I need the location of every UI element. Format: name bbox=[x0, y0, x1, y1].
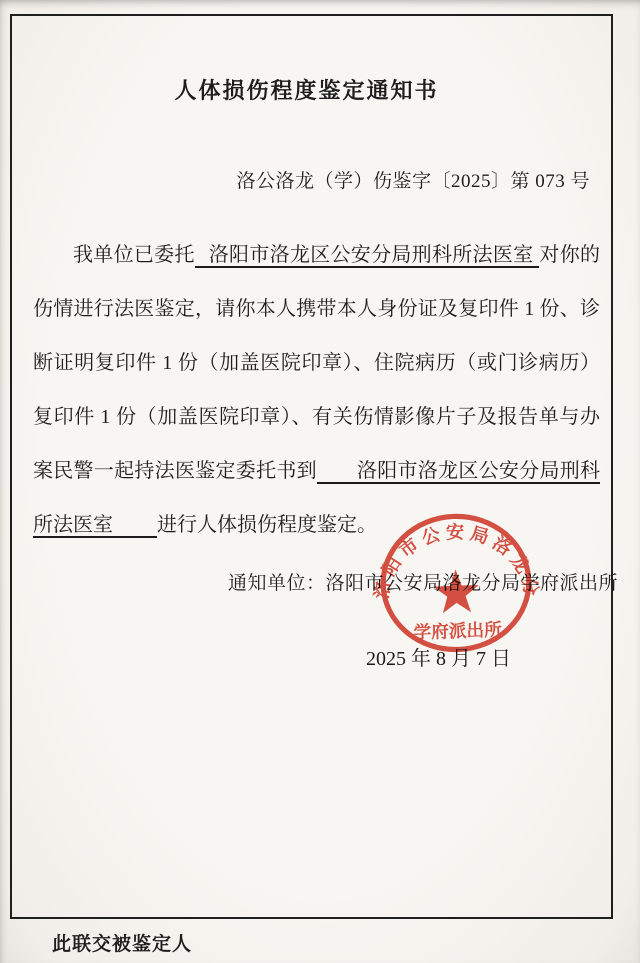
scanned-document-page: 人体损伤程度鉴定通知书 洛公洛龙（学）伤鉴字〔2025〕第 073 号 我单位已… bbox=[0, 0, 640, 963]
seal-bottom-text: 学府派出所 bbox=[413, 618, 502, 642]
notify-unit-label: 通知单位： bbox=[228, 573, 326, 594]
official-seal-stamp-icon: 洛阳市公安局洛龙分局 学府派出所 bbox=[369, 503, 542, 665]
body-intro-text: 我单位已委托 bbox=[73, 244, 195, 266]
body-middle-text: 对你的伤情进行法医鉴定，请你本人携带本人身份证及复印件 1 份、诊断证明复印件 … bbox=[33, 244, 600, 482]
copy-recipient-note: 此联交被鉴定人 bbox=[52, 929, 192, 956]
body-end-text: 进行人体损伤程度鉴定。 bbox=[157, 514, 377, 536]
entrusted-unit-fill-in: 洛阳市洛龙区公安分局刑科所法医室 bbox=[195, 244, 540, 268]
reference-number: 洛公洛龙（学）伤鉴字〔2025〕第 073 号 bbox=[0, 166, 590, 193]
seal-star-icon bbox=[433, 569, 480, 614]
document-title: 人体损伤程度鉴定通知书 bbox=[0, 74, 613, 105]
